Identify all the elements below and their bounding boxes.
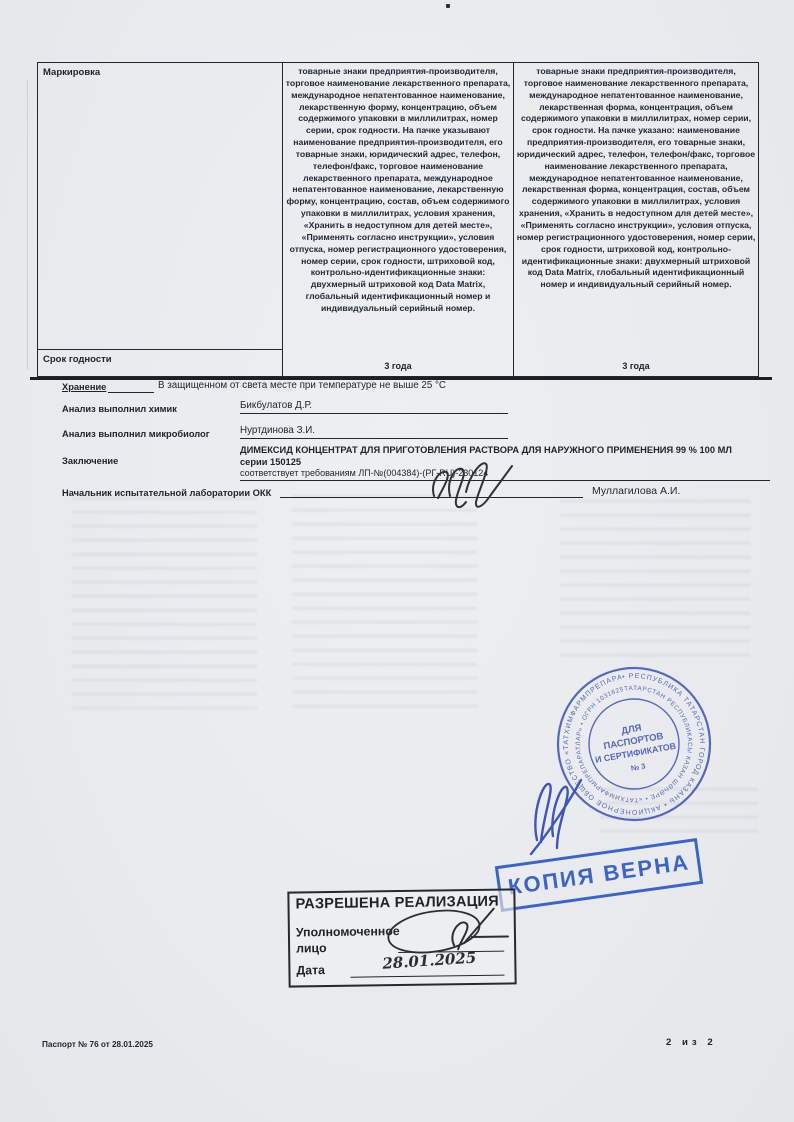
storage-label: Хранение bbox=[62, 382, 106, 392]
shelf-life-value-actual: 3 года bbox=[516, 361, 756, 371]
shelf-life-row-label: Срок годности bbox=[43, 354, 112, 365]
scanned-passport-page: Маркировка Срок годности товарные знаки … bbox=[0, 0, 794, 1122]
stamp-center-line4: № 3 bbox=[630, 761, 646, 772]
scan-speck bbox=[446, 4, 450, 8]
specification-table: Маркировка Срок годности товарные знаки … bbox=[37, 62, 759, 377]
scan-crease bbox=[27, 80, 28, 370]
bleed-through-artifact bbox=[292, 495, 477, 710]
authorized-person-label-line2: лицо bbox=[296, 941, 327, 955]
microbiologist-label: Анализ выполнил микробиолог bbox=[62, 429, 210, 439]
blue-ink-signature bbox=[515, 762, 595, 867]
bleed-through-artifact bbox=[560, 500, 750, 668]
conclusion-label: Заключение bbox=[62, 456, 118, 466]
chemist-label: Анализ выполнил химик bbox=[62, 404, 177, 414]
lab-head-signature bbox=[420, 452, 520, 512]
lab-head-label: Начальник испытательной лаборатории ОКК bbox=[62, 488, 271, 498]
chemist-name: Бикбулатов Д.Р. bbox=[240, 400, 508, 414]
footer-page-indicator: 2 из 2 bbox=[666, 1037, 717, 1048]
marking-row-label: Маркировка bbox=[43, 67, 100, 78]
bleed-through-artifact bbox=[72, 497, 257, 709]
microbiologist-name: Нуртдинова З.И. bbox=[240, 425, 508, 439]
table-column-divider bbox=[282, 63, 283, 376]
release-authorization-box: РАЗРЕШЕНА РЕАЛИЗАЦИЯ Уполномоченное лицо… bbox=[287, 888, 516, 987]
marking-cell-actual: товарные знаки предприятия-производителя… bbox=[516, 66, 756, 344]
date-label: Дата bbox=[296, 963, 325, 977]
shelf-life-value-spec: 3 года bbox=[285, 361, 511, 371]
footer-passport-number: Паспорт № 76 от 28.01.2025 bbox=[42, 1040, 153, 1049]
table-column-divider bbox=[513, 63, 514, 376]
storage-blank-line bbox=[108, 382, 154, 393]
table-row-divider bbox=[38, 349, 282, 350]
marking-cell-producer-spec: товарные знаки предприятия-производителя… bbox=[285, 66, 511, 344]
lab-head-name: Муллагилова А.И. bbox=[592, 485, 680, 497]
storage-value: В защищенном от света месте при температ… bbox=[158, 380, 446, 391]
